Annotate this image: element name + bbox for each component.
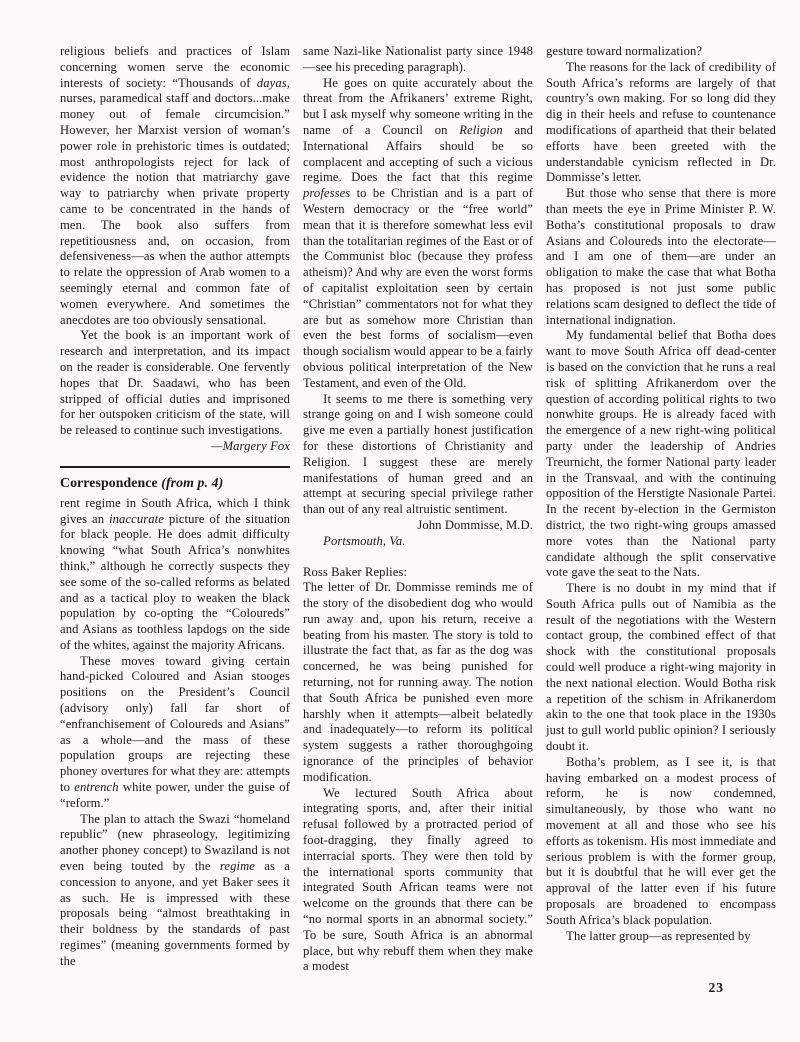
three-column-layout: religious beliefs and practices of Islam… (60, 44, 776, 975)
paragraph: The plan to attach the Swazi “homeland r… (60, 812, 290, 970)
reply-heading: Ross Baker Replies: (303, 565, 533, 581)
paragraph: There is no doubt in my mind that if Sou… (546, 581, 776, 755)
paragraph: rent regime in South Africa, which I thi… (60, 496, 290, 654)
paragraph: The letter of Dr. Dommisse reminds me of… (303, 580, 533, 785)
paragraph: My fundamental belief that Botha does wa… (546, 328, 776, 581)
paragraph: These moves toward giving certain hand-p… (60, 654, 290, 812)
paragraph: The reasons for the lack of credibility … (546, 60, 776, 186)
paragraph: religious beliefs and practices of Islam… (60, 44, 290, 328)
correspondence-heading-title: Correspondence (60, 475, 161, 490)
page-number: 23 (709, 980, 725, 996)
column-middle: same Nazi-like Nationalist party since 1… (303, 44, 533, 975)
column-left: religious beliefs and practices of Islam… (60, 44, 290, 975)
section-divider-rule (60, 466, 290, 468)
letter-location: Portsmouth, Va. (303, 534, 533, 550)
paragraph: We lectured South Africa about integrati… (303, 786, 533, 976)
paragraph: The latter group—as represented by (546, 929, 776, 945)
correspondence-heading-ref: (from p. 4) (161, 475, 223, 490)
paragraph: But those who sense that there is more t… (546, 186, 776, 328)
dommisse-letter: same Nazi-like Nationalist party since 1… (303, 44, 533, 550)
correspondence-section: Correspondence (from p. 4) rent regime i… (60, 475, 290, 970)
paragraph: same Nazi-like Nationalist party since 1… (303, 44, 533, 76)
baker-reply-continued: gesture toward normalization? The reason… (546, 44, 776, 944)
baker-reply: Ross Baker Replies: The letter of Dr. Do… (303, 565, 533, 976)
paragraph: It seems to me there is something very s… (303, 392, 533, 518)
correspondence-heading: Correspondence (from p. 4) (60, 475, 290, 491)
magazine-page: religious beliefs and practices of Islam… (0, 0, 800, 1042)
paragraph: Botha’s problem, as I see it, is that ha… (546, 755, 776, 929)
review-byline: —Margery Fox (60, 439, 290, 455)
letter-signature: John Dommisse, M.D. (303, 518, 533, 534)
paragraph: Yet the book is an important work of res… (60, 328, 290, 439)
book-review-conclusion: religious beliefs and practices of Islam… (60, 44, 290, 455)
paragraph: gesture toward normalization? (546, 44, 776, 60)
paragraph: He goes on quite accurately about the th… (303, 76, 533, 392)
column-right: gesture toward normalization? The reason… (546, 44, 776, 975)
